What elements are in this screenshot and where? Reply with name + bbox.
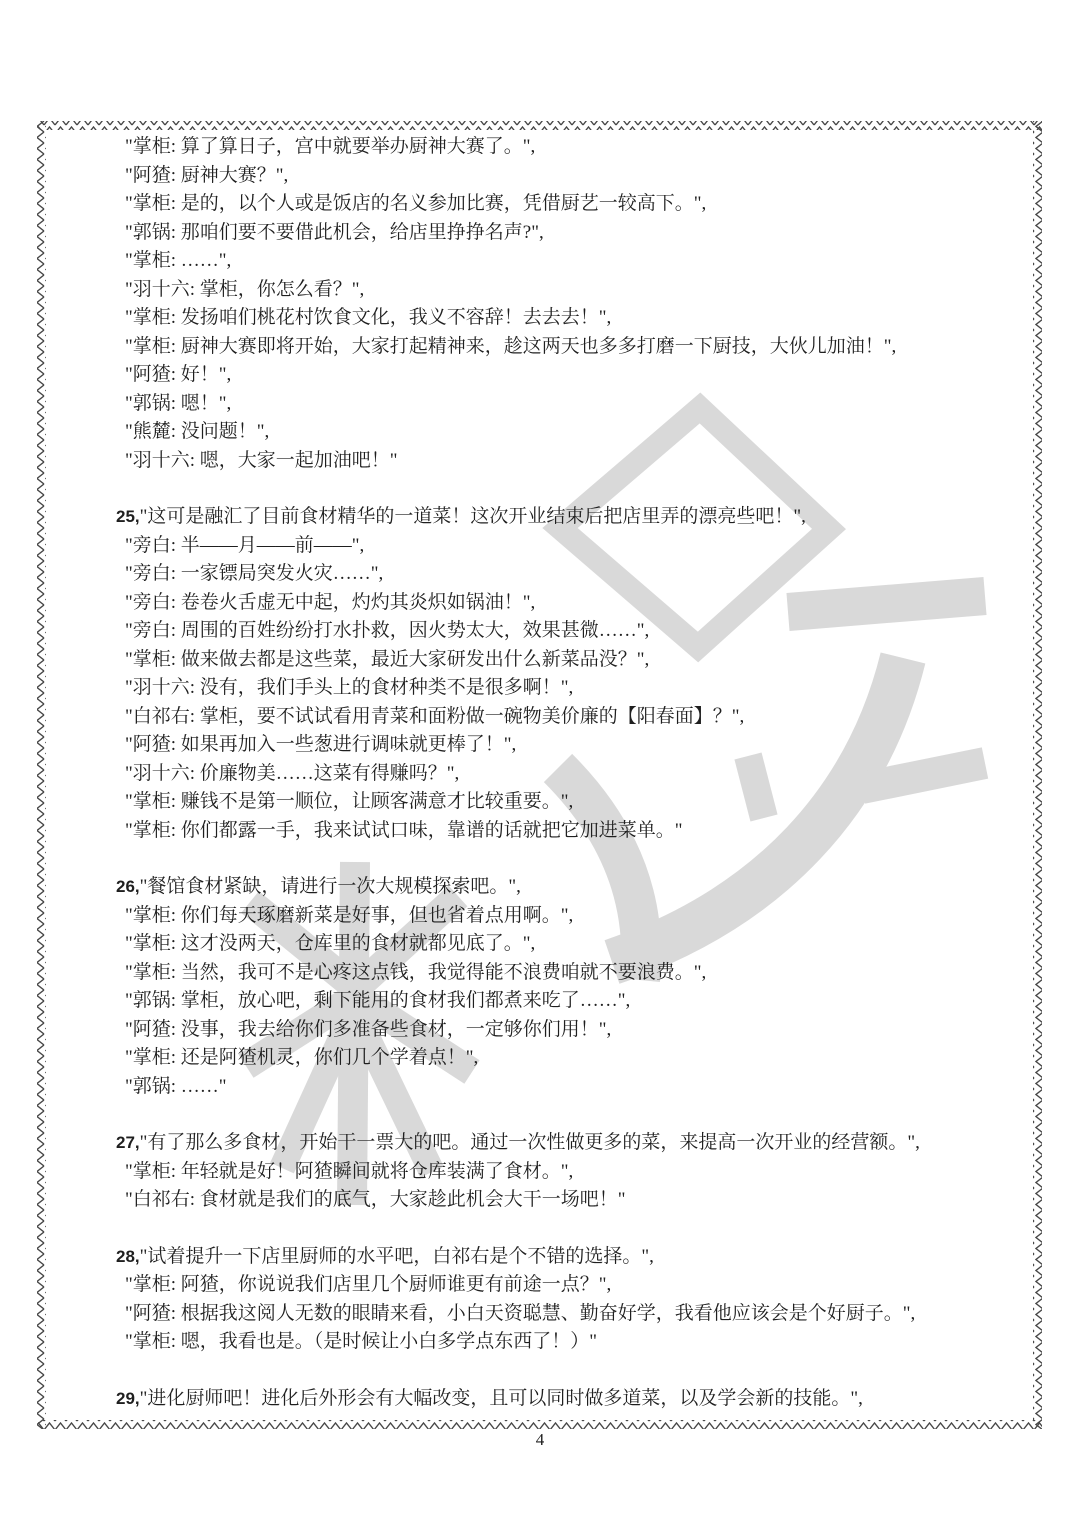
dialogue-line: "掌柜: 做来做去都是这些菜，最近大家研发出什么新菜品没？", xyxy=(116,646,1028,675)
dialogue-line: "阿猹: 厨神大赛？", xyxy=(116,162,1028,191)
dialogue-line: "掌柜: 这才没两天，仓库里的食材就都见底了。", xyxy=(116,930,1028,959)
dialogue-line: "熊麓: 没问题！", xyxy=(116,418,1028,447)
dialogue-line: "阿猹: 根据我这阅人无数的眼睛来看，小白天资聪慧、勤奋好学，我看他应该会是个好… xyxy=(116,1300,1028,1329)
section-number: 25, xyxy=(116,507,140,526)
section-header-line: 25,"这可是融汇了目前食材精华的一道菜！这次开业结束后把店里弄的漂亮些吧！", xyxy=(116,503,1028,532)
script-section: 28,"试着提升一下店里厨师的水平吧，白祁右是个不错的选择。","掌柜: 阿猹，… xyxy=(116,1243,1028,1357)
section-opening-text: "进化厨师吧！进化后外形会有大幅改变，且可以同时做多道菜，以及学会新的技能。", xyxy=(140,1388,863,1409)
dialogue-line: "羽十六: 价廉物美……这菜有得赚吗？", xyxy=(116,760,1028,789)
dialogue-line: "羽十六: 没有，我们手头上的食材种类不是很多啊！", xyxy=(116,674,1028,703)
page-number: 4 xyxy=(0,1430,1080,1450)
dialogue-line: "旁白: 一家镖局突发火灾……", xyxy=(116,560,1028,589)
dialogue-line: "掌柜: 你们每天琢磨新菜是好事，但也省着点用啊。", xyxy=(116,902,1028,931)
dialogue-line: "羽十六: 掌柜，你怎么看？", xyxy=(116,276,1028,305)
dialogue-line: "掌柜: 厨神大赛即将开始，大家打起精神来，趁这两天也多多打磨一下厨技，大伙儿加… xyxy=(116,333,1028,362)
script-section: 26,"餐馆食材紧缺，请进行一次大规模探索吧。","掌柜: 你们每天琢磨新菜是好… xyxy=(116,873,1028,1101)
dialogue-line: "羽十六: 嗯，大家一起加油吧！" xyxy=(116,447,1028,476)
dialogue-line: "阿猹: 好！", xyxy=(116,361,1028,390)
dialogue-line: "白祁右: 掌柜，要不试试看用青菜和面粉做一碗物美价廉的【阳春面】？", xyxy=(116,703,1028,732)
section-header-line: 28,"试着提升一下店里厨师的水平吧，白祁右是个不错的选择。", xyxy=(116,1243,1028,1272)
section-opening-text: "有了那么多食材，开始干一票大的吧。通过一次性做更多的菜，来提高一次开业的经营额… xyxy=(140,1132,920,1153)
script-section: 25,"这可是融汇了目前食材精华的一道菜！这次开业结束后把店里弄的漂亮些吧！",… xyxy=(116,503,1028,845)
document-page: "掌柜: 算了算日子，宫中就要举办厨神大赛了。","阿猹: 厨神大赛？","掌柜… xyxy=(0,0,1080,1528)
border-top xyxy=(38,121,1042,130)
section-number: 28, xyxy=(116,1247,140,1266)
dialogue-line: "掌柜: ……", xyxy=(116,247,1028,276)
section-header-line: 29,"进化厨师吧！进化后外形会有大幅改变，且可以同时做多道菜，以及学会新的技能… xyxy=(116,1385,1028,1414)
script-section: 27,"有了那么多食材，开始干一票大的吧。通过一次性做更多的菜，来提高一次开业的… xyxy=(116,1129,1028,1215)
section-opening-text: "餐馆食材紧缺，请进行一次大规模探索吧。", xyxy=(140,876,521,897)
dialogue-line: "郭锅: ……" xyxy=(116,1073,1028,1102)
script-text: "掌柜: 算了算日子，宫中就要举办厨神大赛了。","阿猹: 厨神大赛？","掌柜… xyxy=(116,133,1028,1441)
border-left xyxy=(37,121,46,1429)
script-section: 29,"进化厨师吧！进化后外形会有大幅改变，且可以同时做多道菜，以及学会新的技能… xyxy=(116,1385,1028,1414)
section-number: 26, xyxy=(116,877,140,896)
dialogue-line: "掌柜: 你们都露一手，我来试试口味，靠谱的话就把它加进菜单。" xyxy=(116,817,1028,846)
script-section: "掌柜: 算了算日子，宫中就要举办厨神大赛了。","阿猹: 厨神大赛？","掌柜… xyxy=(116,133,1028,475)
dialogue-line: "掌柜: 当然，我可不是心疼这点钱，我觉得能不浪费咱就不要浪费。", xyxy=(116,959,1028,988)
dialogue-line: "掌柜: 年轻就是好！阿猹瞬间就将仓库装满了食材。", xyxy=(116,1158,1028,1187)
dialogue-line: "掌柜: 发扬咱们桃花村饮食文化，我义不容辞！去去去！", xyxy=(116,304,1028,333)
dialogue-line: "旁白: 卷卷火舌虚无中起，灼灼其炎炽如锅油！", xyxy=(116,589,1028,618)
dialogue-line: "阿猹: 没事，我去给你们多准备些食材，一定够你们用！", xyxy=(116,1016,1028,1045)
dialogue-line: "郭锅: 嗯！", xyxy=(116,390,1028,419)
dialogue-line: "掌柜: 是的，以个人或是饭店的名义参加比赛，凭借厨艺一较高下。", xyxy=(116,190,1028,219)
dialogue-line: "郭锅: 那咱们要不要借此机会，给店里挣挣名声?", xyxy=(116,219,1028,248)
dialogue-line: "掌柜: 算了算日子，宫中就要举办厨神大赛了。", xyxy=(116,133,1028,162)
dialogue-line: "掌柜: 阿猹，你说说我们店里几个厨师谁更有前途一点？", xyxy=(116,1271,1028,1300)
section-number: 27, xyxy=(116,1133,140,1152)
border-right xyxy=(1033,121,1042,1429)
section-header-line: 26,"餐馆食材紧缺，请进行一次大规模探索吧。", xyxy=(116,873,1028,902)
dialogue-line: "阿猹: 如果再加入一些葱进行调味就更棒了！", xyxy=(116,731,1028,760)
dialogue-line: "掌柜: 赚钱不是第一顺位，让顾客满意才比较重要。", xyxy=(116,788,1028,817)
section-opening-text: "这可是融汇了目前食材精华的一道菜！这次开业结束后把店里弄的漂亮些吧！", xyxy=(140,506,806,527)
section-number: 29, xyxy=(116,1389,140,1408)
dialogue-line: "旁白: 半——月——前——", xyxy=(116,532,1028,561)
dialogue-line: "白祁右: 食材就是我们的底气，大家趁此机会大干一场吧！" xyxy=(116,1186,1028,1215)
dialogue-line: "郭锅: 掌柜，放心吧，剩下能用的食材我们都煮来吃了……", xyxy=(116,987,1028,1016)
dialogue-line: "旁白: 周围的百姓纷纷打水扑救，因火势太大，效果甚微……", xyxy=(116,617,1028,646)
section-opening-text: "试着提升一下店里厨师的水平吧，白祁右是个不错的选择。", xyxy=(140,1246,654,1267)
dialogue-line: "掌柜: 嗯，我看也是。（是时候让小白多学点东西了！）" xyxy=(116,1328,1028,1357)
section-header-line: 27,"有了那么多食材，开始干一票大的吧。通过一次性做更多的菜，来提高一次开业的… xyxy=(116,1129,1028,1158)
dialogue-line: "掌柜: 还是阿猹机灵，你们几个学着点！", xyxy=(116,1044,1028,1073)
